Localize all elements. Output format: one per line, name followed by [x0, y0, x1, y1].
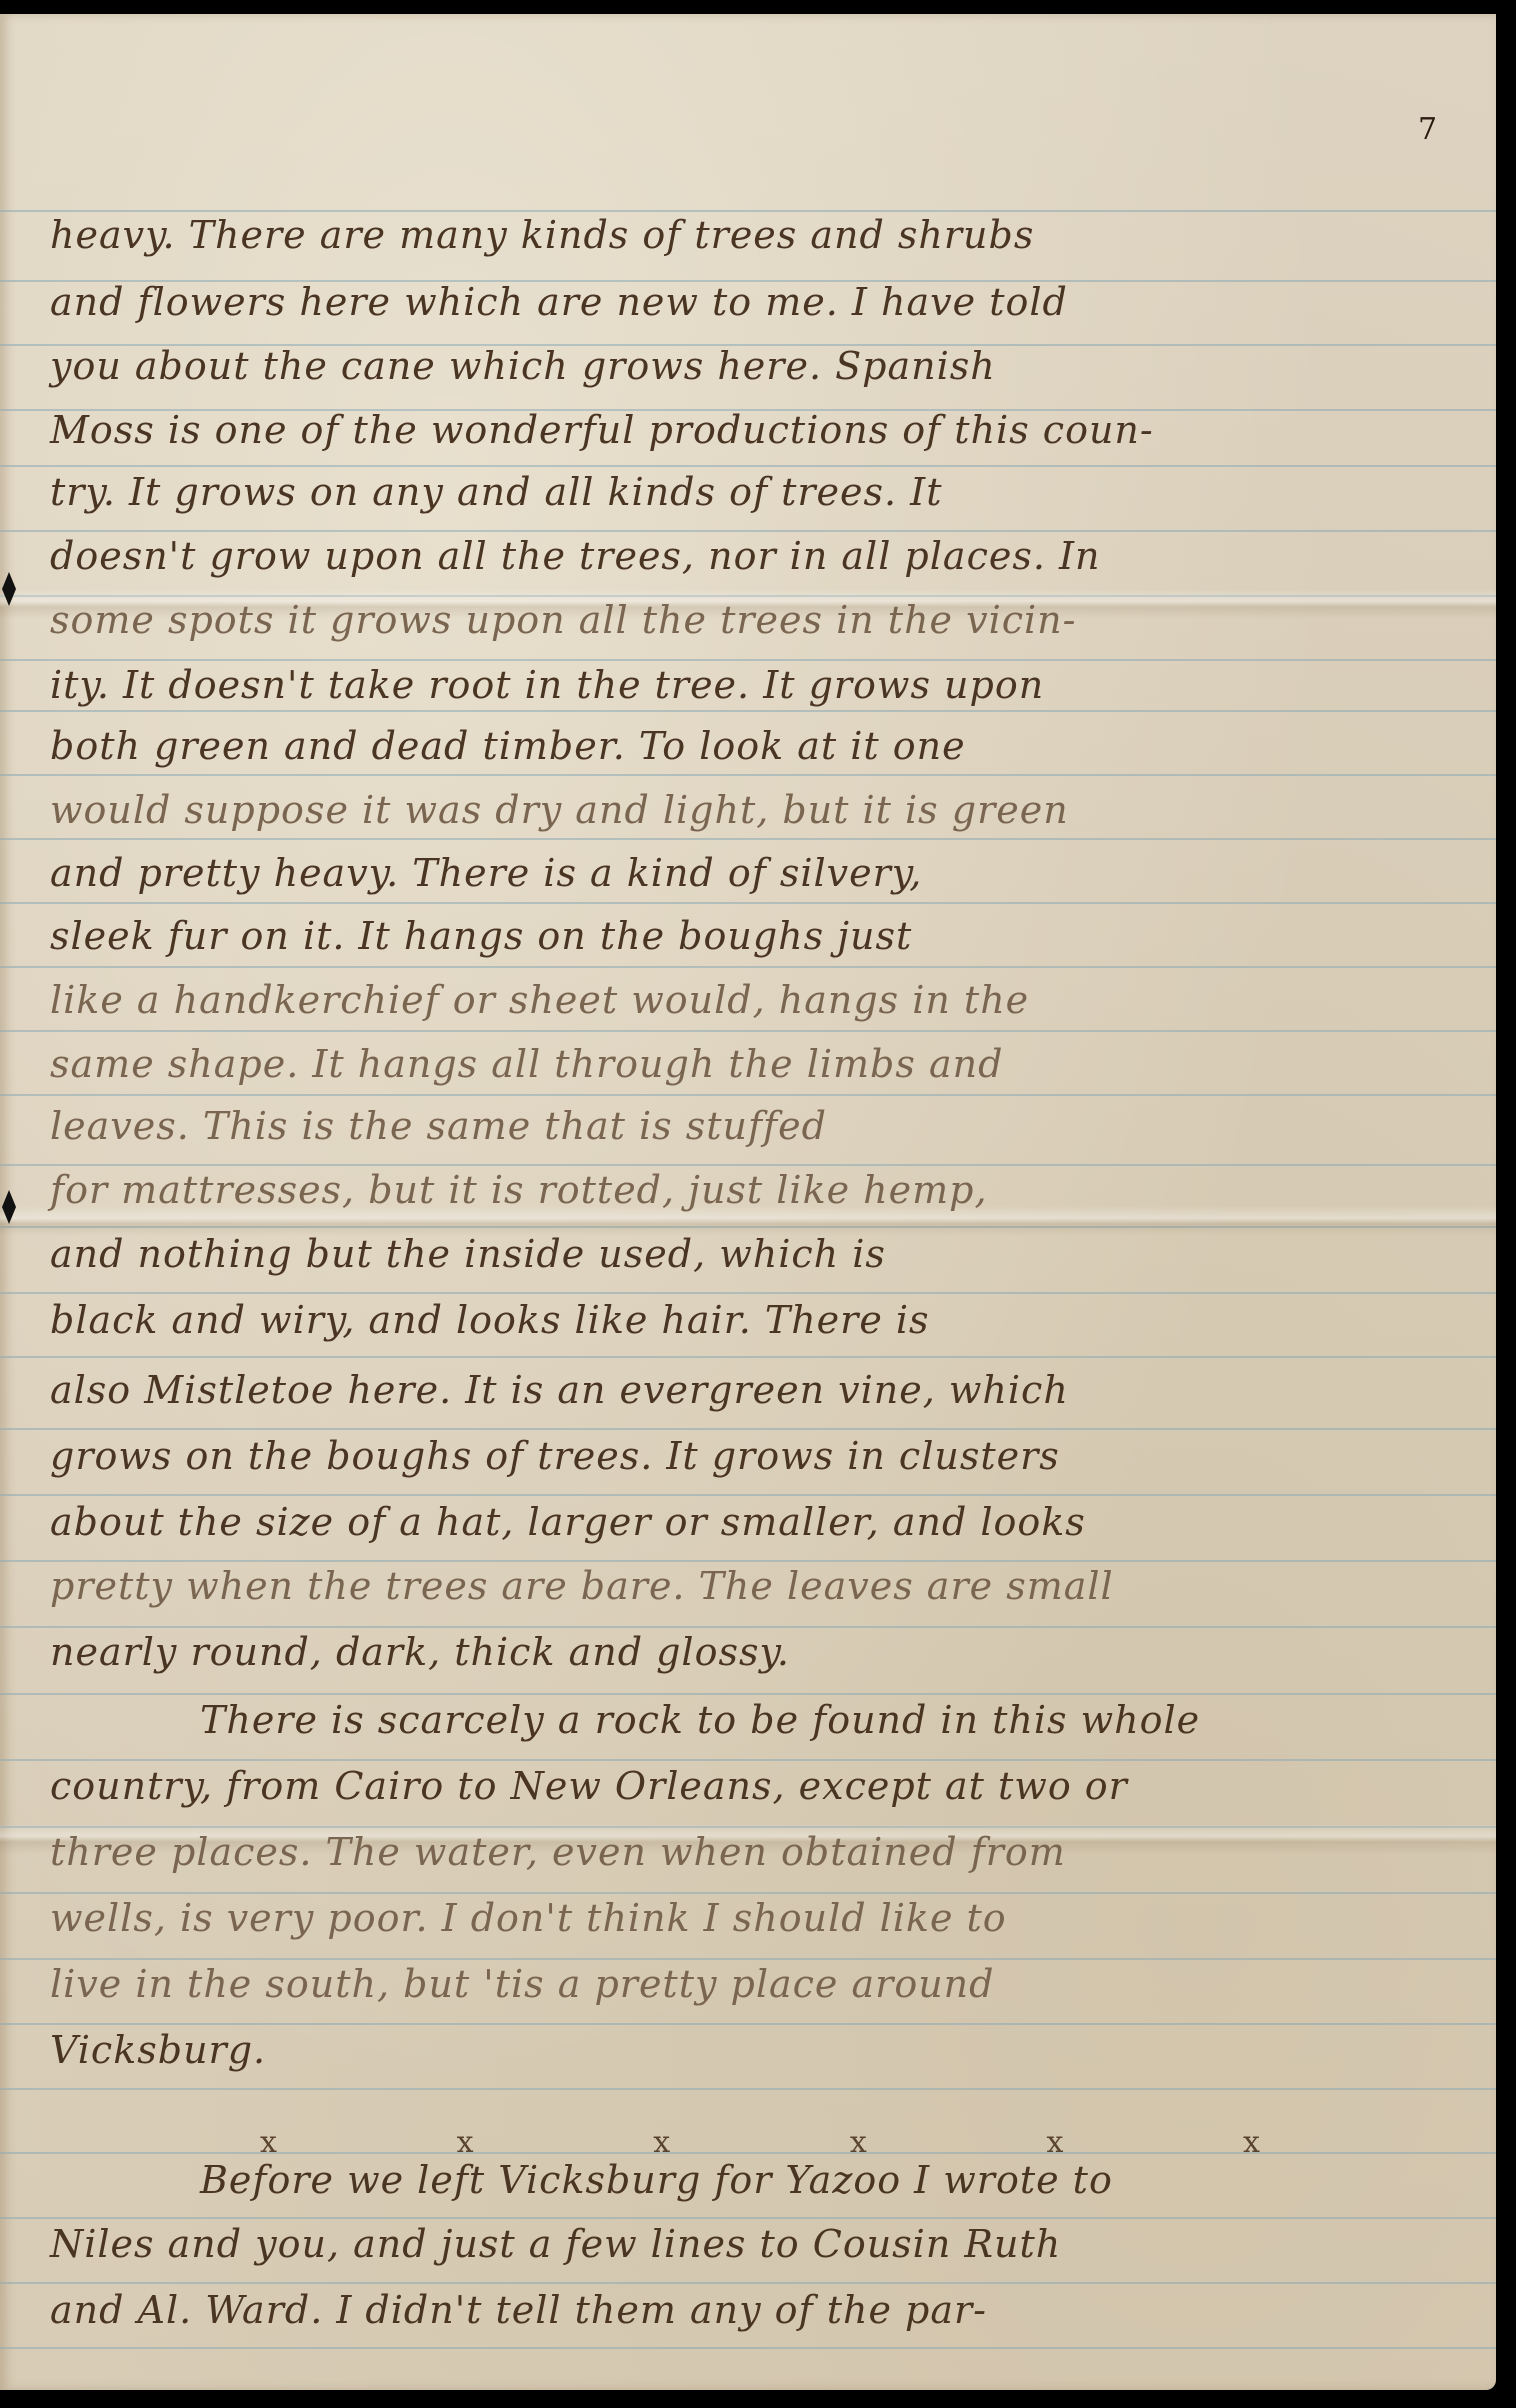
text-line: There is scarcely a rock to be found in … — [200, 1690, 1516, 1750]
text-line: same shape. It hangs all through the lim… — [50, 1034, 1480, 1094]
text-line: doesn't grow upon all the trees, nor in … — [50, 526, 1480, 586]
text-line: both green and dead timber. To look at i… — [50, 716, 1480, 776]
text-line: and nothing but the inside used, which i… — [50, 1224, 1480, 1284]
text-line: Vicksburg. — [50, 2020, 1480, 2080]
ruled-line — [0, 1356, 1496, 1358]
text-line: try. It grows on any and all kinds of tr… — [50, 462, 1480, 522]
ruled-line — [0, 2347, 1496, 2349]
text-line: for mattresses, but it is rotted, just l… — [50, 1160, 1480, 1220]
text-line: country, from Cairo to New Orleans, exce… — [50, 1756, 1480, 1816]
text-line: black and wiry, and looks like hair. The… — [50, 1290, 1480, 1350]
text-line: you about the cane which grows here. Spa… — [50, 336, 1480, 396]
text-line: Before we left Vicksburg for Yazoo I wro… — [200, 2150, 1516, 2210]
text-line: three places. The water, even when obtai… — [50, 1822, 1480, 1882]
text-line: nearly round, dark, thick and glossy. — [50, 1622, 1480, 1682]
text-line: ity. It doesn't take root in the tree. I… — [50, 655, 1480, 715]
text-line: heavy. There are many kinds of trees and… — [50, 205, 1480, 265]
ruled-line — [0, 966, 1496, 968]
text-line: Moss is one of the wonderful productions… — [50, 400, 1480, 460]
page-number: 7 — [1418, 112, 1437, 147]
text-line: and Al. Ward. I didn't tell them any of … — [50, 2280, 1480, 2340]
ruled-line — [0, 1030, 1496, 1032]
text-line: would suppose it was dry and light, but … — [50, 780, 1480, 840]
text-line: and pretty heavy. There is a kind of sil… — [50, 843, 1480, 903]
text-line: wells, is very poor. I don't think I sho… — [50, 1888, 1480, 1948]
text-line: also Mistletoe here. It is an evergreen … — [50, 1360, 1480, 1420]
text-line: leaves. This is the same that is stuffed — [50, 1096, 1480, 1156]
text-line: grows on the boughs of trees. It grows i… — [50, 1426, 1480, 1486]
text-line: pretty when the trees are bare. The leav… — [50, 1556, 1480, 1616]
ruled-line — [0, 2088, 1496, 2090]
text-line: and flowers here which are new to me. I … — [50, 272, 1480, 332]
text-line: Niles and you, and just a few lines to C… — [50, 2214, 1480, 2274]
text-line: like a handkerchief or sheet would, hang… — [50, 970, 1480, 1030]
text-line: about the size of a hat, larger or small… — [50, 1492, 1480, 1552]
text-line: some spots it grows upon all the trees i… — [50, 590, 1480, 650]
text-line: sleek fur on it. It hangs on the boughs … — [50, 906, 1480, 966]
text-line: live in the south, but 'tis a pretty pla… — [50, 1954, 1480, 2014]
